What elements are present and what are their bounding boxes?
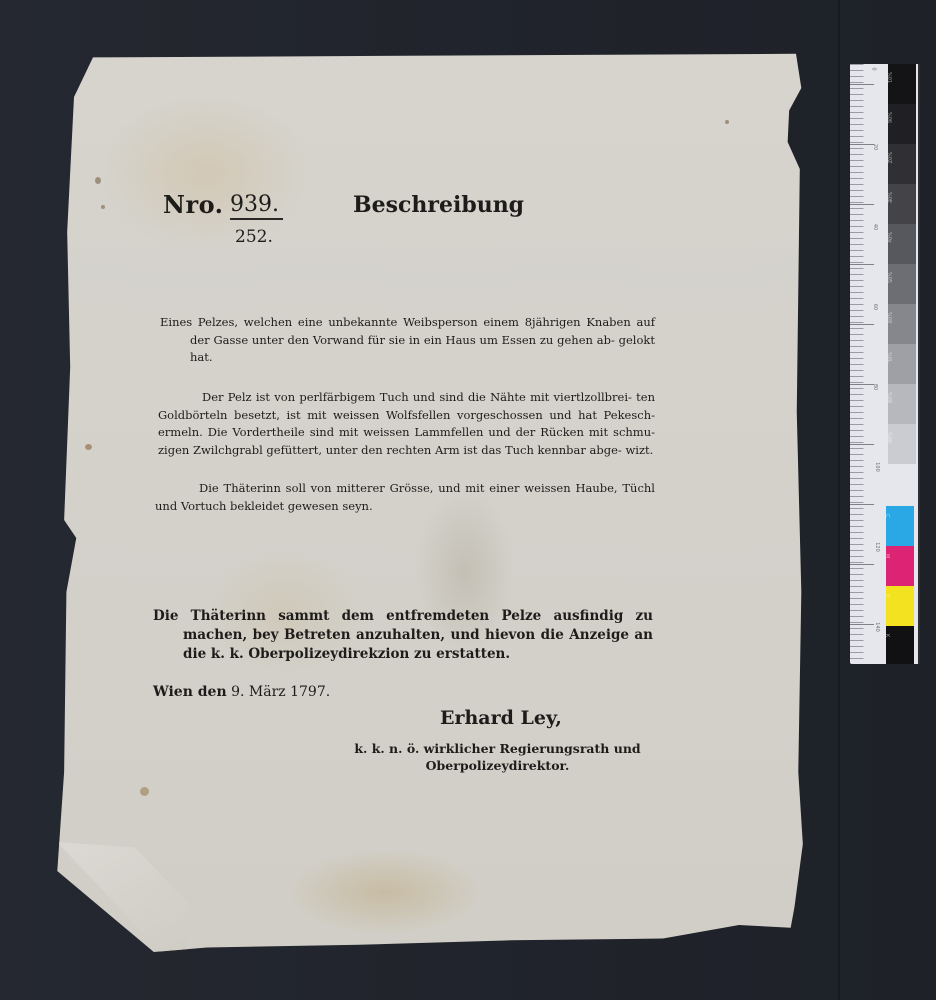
ruler-tick — [850, 624, 874, 625]
place-date-prefix: Wien den — [153, 684, 227, 700]
ruler-scale — [850, 64, 880, 664]
gray-patch: %0L — [888, 344, 916, 384]
document-sheet: Nro. 939. 252. Beschreibung Eines Pelzes… — [55, 52, 815, 952]
signatory-title: k. k. n. ö. wirklicher Regierungsrath un… — [345, 740, 650, 774]
cyan-patch: C — [886, 506, 914, 546]
ruler-tick — [850, 504, 874, 505]
gray-patch: %0¢ — [888, 224, 916, 264]
description-fur-details: Der Pelz ist von perlfärbigem Tuch und s… — [158, 389, 655, 459]
gray-patch: %06 — [888, 104, 916, 144]
document-title: Beschreibung — [353, 192, 524, 218]
ruler-label: 120 — [874, 542, 880, 552]
ruler-label: 80 — [872, 384, 878, 390]
description-intro-text: Eines Pelzes, welchen eine unbekannte We… — [160, 314, 655, 367]
yellow-patch: Y — [886, 586, 914, 626]
patch-column: %01 %06 %0Z %0E %0¢ %05 %09 %0L %08 %06 … — [888, 64, 916, 664]
document-sub-number: 252. — [235, 227, 273, 247]
description-perpetrator: Die Thäterinn soll von mitterer Grösse, … — [155, 480, 655, 515]
signatory-name: Erhard Ley, — [440, 707, 562, 729]
color-calibration-target: 0 20 40 60 80 100 120 140 %01 %06 %0Z %0… — [850, 64, 920, 664]
police-order-text: Die Thäterinn sammt dem entfremdeten Pel… — [153, 607, 653, 664]
ruler-label: 100 — [874, 462, 880, 472]
document-number: 939. — [230, 192, 283, 220]
gray-patch: %01 — [888, 64, 916, 104]
place-date-value: 9. März 1797. — [231, 684, 330, 700]
magenta-patch: M — [886, 546, 914, 586]
black-patch: K — [886, 626, 914, 664]
ruler-tick — [850, 324, 874, 325]
ruler-tick — [850, 84, 874, 85]
ruler-tick — [850, 144, 874, 145]
gray-patch: %0E — [888, 184, 916, 224]
backdrop-seam — [838, 0, 840, 1000]
ruler-label: 60 — [872, 304, 878, 310]
target-edge — [918, 64, 920, 664]
ruler-tick — [850, 384, 874, 385]
gray-patch: %0Z — [888, 144, 916, 184]
ruler-label: 40 — [872, 224, 878, 230]
ruler-tick — [850, 264, 874, 265]
gray-patch: %08 — [888, 384, 916, 424]
ruler-tick — [850, 444, 874, 445]
ruler-label: 0 — [871, 67, 877, 70]
gray-patch: %05 — [888, 264, 916, 304]
ruler-label: 140 — [874, 622, 880, 632]
ruler-label: 20 — [872, 144, 878, 150]
police-order: Die Thäterinn sammt dem entfremdeten Pel… — [153, 607, 653, 664]
description-intro: Eines Pelzes, welchen eine unbekannte We… — [160, 314, 655, 367]
ruler-tick — [850, 564, 874, 565]
gray-patch: %06 — [888, 424, 916, 464]
gray-patch: %09 — [888, 304, 916, 344]
number-label: Nro. — [163, 190, 224, 219]
ruler-tick — [850, 204, 874, 205]
place-date: Wien den 9. März 1797. — [153, 684, 330, 700]
document-text: Nro. 939. 252. Beschreibung Eines Pelzes… — [55, 52, 815, 952]
